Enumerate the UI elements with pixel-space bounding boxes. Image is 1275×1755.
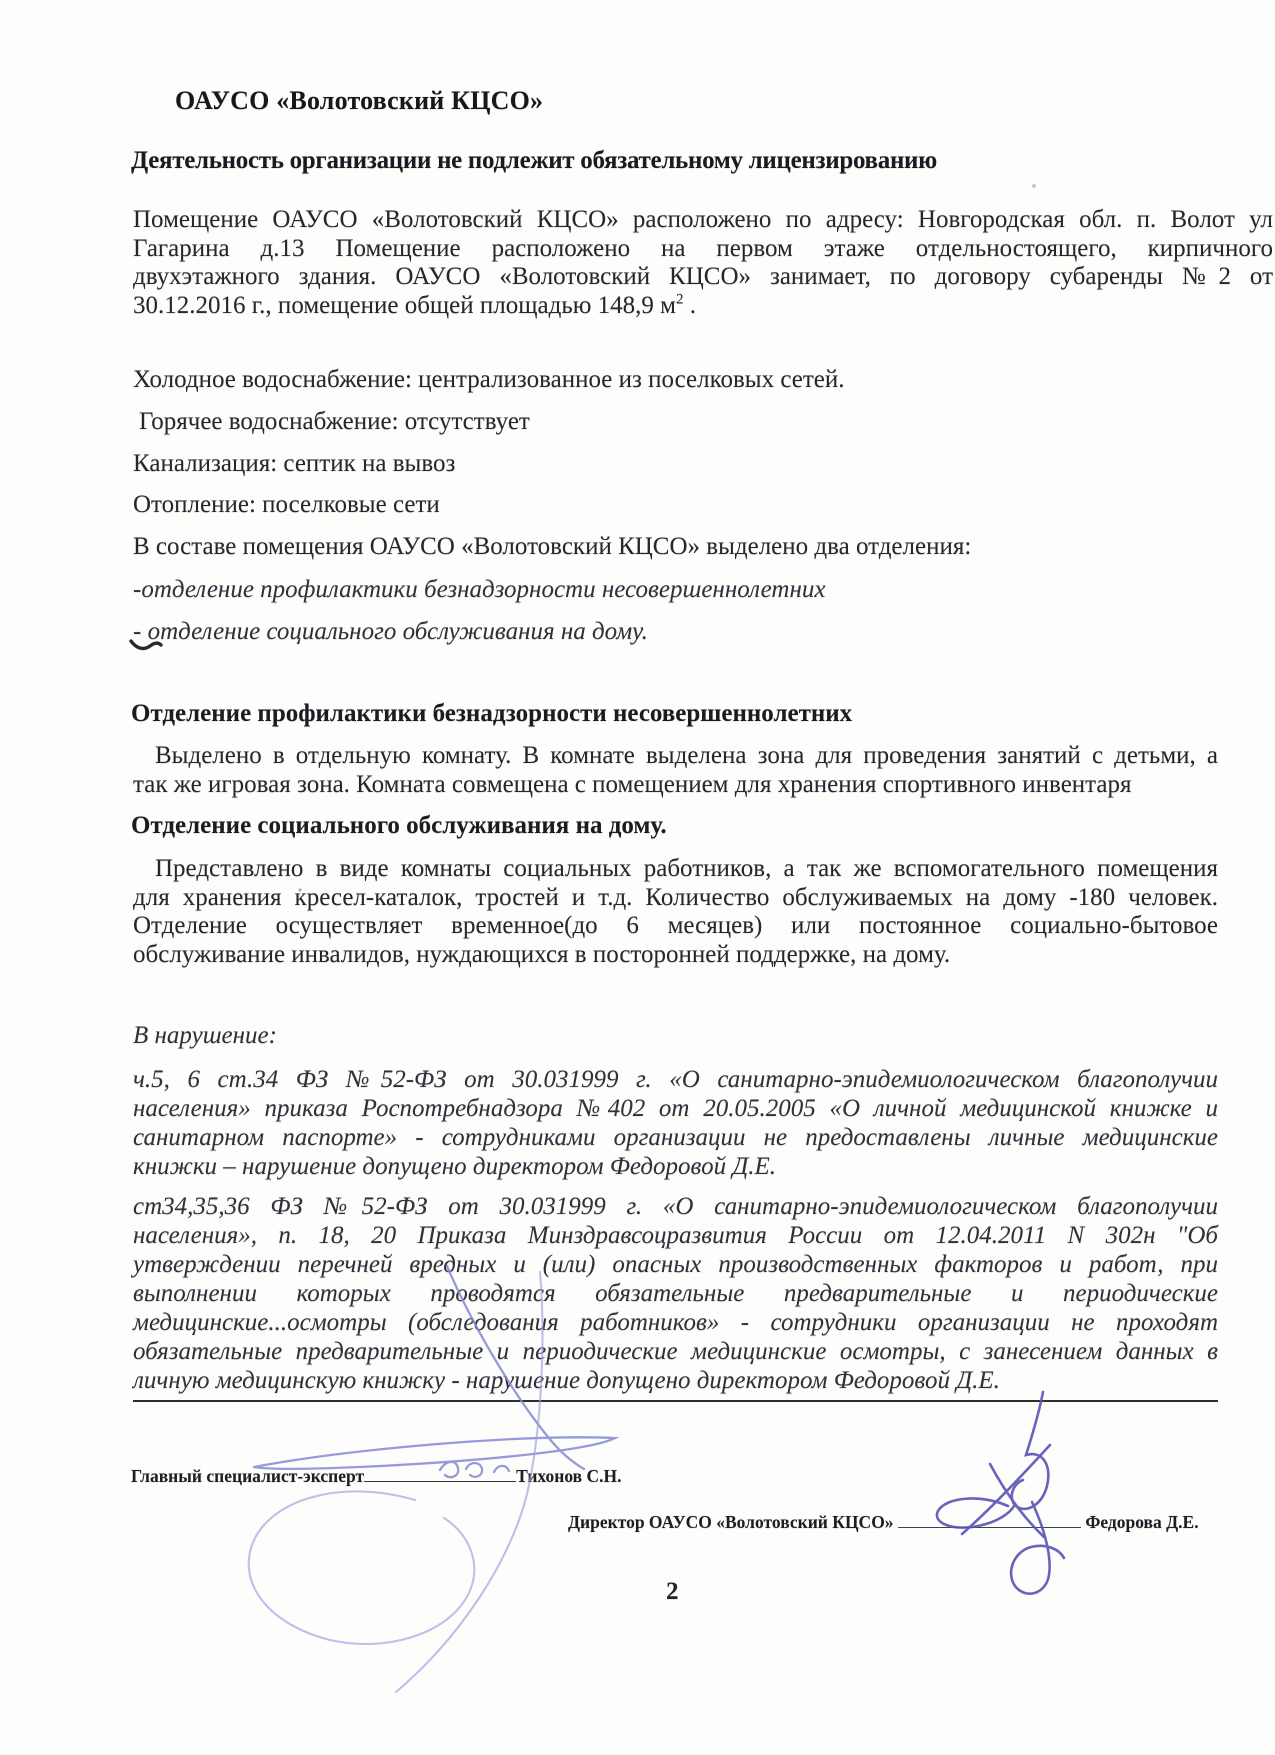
cold-water-line: Холодное водоснабжение: централизованное… bbox=[133, 366, 845, 395]
director-signature-blank bbox=[898, 1513, 1081, 1528]
document-page: ОАУСО «Волотовский КЦСО» Деятельность ор… bbox=[0, 0, 1275, 1755]
director-signature-line: Директор ОАУСО «Волотовский КЦСО» Федоро… bbox=[568, 1512, 1199, 1533]
location-paragraph-final-line: 30.12.2016 г., помещение общей площадью … bbox=[133, 292, 1273, 321]
sewerage-line: Канализация: септик на вывоз bbox=[133, 450, 455, 479]
section-minors-heading: Отделение профилактики безнадзорности не… bbox=[131, 700, 852, 729]
department-list-item-2: - отделение социального обслуживания на … bbox=[133, 618, 648, 647]
hot-water-line: Горячее водоснабжение: отсутствует bbox=[139, 408, 530, 437]
page-number: 2 bbox=[666, 1578, 679, 1606]
heating-line: Отопление: поселковые сети bbox=[133, 491, 440, 520]
expert-signature-blank bbox=[364, 1467, 516, 1482]
director-name: Федорова Д.Е. bbox=[1085, 1512, 1198, 1532]
location-area-period: . bbox=[683, 292, 696, 319]
section-home-care-paragraph: Представлено в виде комнаты социальных р… bbox=[133, 855, 1218, 969]
director-label: Директор ОАУСО «Волотовский КЦСО» bbox=[568, 1512, 894, 1532]
org-title: ОАУСО «Волотовский КЦСО» bbox=[175, 86, 543, 116]
violation-item-2: ст34,35,36 ФЗ №52-ФЗ от 30.031999 г. «О … bbox=[133, 1192, 1218, 1402]
violation-item-1: ч.5, 6 ст.34 ФЗ №52-ФЗ от 30.031999 г. «… bbox=[133, 1065, 1218, 1181]
location-paragraph: Помещение ОАУСО «Волотовский КЦСО» распо… bbox=[133, 206, 1273, 292]
violations-lead: В нарушение: bbox=[133, 1022, 277, 1051]
departments-intro-line: В составе помещения ОАУСО «Волотовский К… bbox=[133, 533, 971, 562]
expert-signature-line: Главный специалист-экспертТихонов С.Н. bbox=[131, 1466, 621, 1487]
expert-name: Тихонов С.Н. bbox=[516, 1466, 621, 1486]
section-minors-paragraph: Выделено в отдельную комнату. В комнате … bbox=[133, 742, 1218, 799]
location-area-text: 30.12.2016 г., помещение общей площадью … bbox=[133, 292, 676, 319]
license-note-heading: Деятельность организации не подлежит обя… bbox=[131, 147, 937, 175]
department-list-item-1: -отделение профилактики безнадзорности н… bbox=[133, 576, 825, 605]
director-signature bbox=[937, 1392, 1064, 1594]
expert-label: Главный специалист-эксперт bbox=[131, 1466, 364, 1486]
section-home-care-heading: Отделение социального обслуживания на до… bbox=[131, 812, 667, 841]
scan-speck bbox=[1032, 184, 1036, 188]
